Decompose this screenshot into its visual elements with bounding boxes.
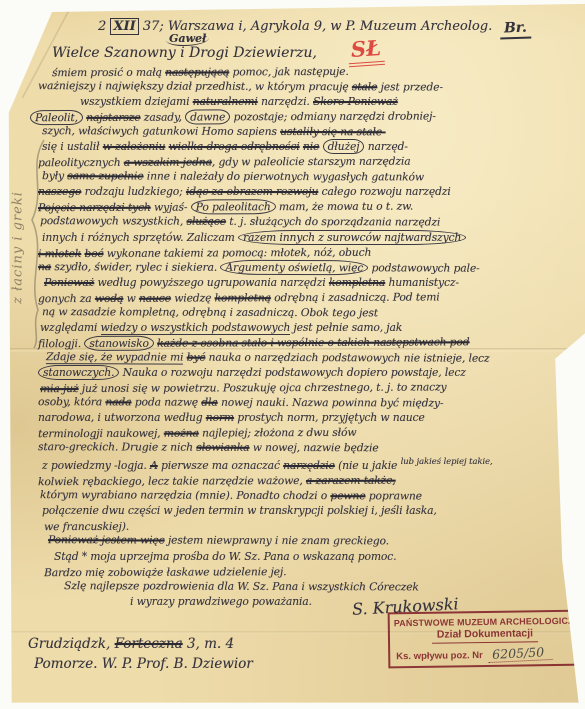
date-prefix: 2 <box>98 19 110 34</box>
stamp-register-number: 6205/50 <box>487 644 552 663</box>
handwritten-text: narzędzi. <box>258 95 313 108</box>
struck-text: kompletna <box>329 276 385 289</box>
handwritten-text: Szlę najlepsze pozdrowienia dla W. Sz. P… <box>64 579 419 593</box>
handwritten-text: osoby, która <box>38 395 105 408</box>
date-roman-numeral: XII <box>110 18 138 35</box>
handwritten-text: Nauka o rozwoju narzędzi podstawowych do… <box>119 366 465 379</box>
handwriting-line: staro-greckich. Drugie z nich słowianka … <box>38 439 570 456</box>
circled-text: Argumenty oświetlą, więc <box>220 259 368 275</box>
struck-text: naszego <box>38 185 81 198</box>
handwritten-text: jest przede- <box>377 80 443 93</box>
struck-text: same zupełnie <box>67 169 143 182</box>
handwritten-text: Stąd * moja uprzejma prośba do W. Sz. Pa… <box>54 550 396 563</box>
handwriting-line: Szlę najlepsze pozdrowienia dla W. Sz. P… <box>64 578 570 595</box>
circled-text: Po paleolitach <box>191 200 276 215</box>
handwriting-line: narodowa, i utworzona według norm prosty… <box>38 410 570 425</box>
circled-text: dawne <box>185 109 230 124</box>
address-line-1: Grudziądzk, Forteczna 3, m. 4 <box>28 636 234 652</box>
handwritten-text: w nowej, nazwie będzie <box>249 441 378 454</box>
handwriting-line: się i ustalił w założeniu wielka droga o… <box>42 139 570 154</box>
salutation: Wielce Szanowny i Drogi Dziewierzu, <box>52 45 317 61</box>
struck-text: każde z osobna stało i wspólnie o takich… <box>157 335 469 349</box>
letter-paper: 2 XII 37; Warszawa i, Agrykola 9, w P. M… <box>0 0 585 709</box>
handwriting-line: naszego rodzaju ludzkiego; idąc za obraz… <box>38 184 570 199</box>
handwritten-text: filologji. <box>38 337 84 350</box>
museum-stamp: PAŃSTWOWE MUZEUM ARCHEOLOGICZNE Dział Do… <box>388 610 583 669</box>
handwritten-text: według powyższego ugrupowania narzędzi <box>94 276 329 289</box>
struck-text: następującą <box>165 65 229 78</box>
circled-text: razem innych z surowców najtwardszych <box>238 230 466 245</box>
handwritten-text: poprawne <box>365 490 421 503</box>
handwritten-text: podstawowych pale- <box>368 261 479 274</box>
handwriting-line: były same zupełnie inne i należały do pi… <box>42 168 570 185</box>
handwritten-text: prostych norm, przyjętych w nauce <box>234 411 425 424</box>
handwritten-text: staro-greckich. Drugie z nich <box>38 440 196 454</box>
struck-text: A <box>150 459 158 472</box>
handwritten-text: narzęd- <box>364 140 407 153</box>
struck-text: nie <box>303 140 319 153</box>
handwritten-text: względami <box>40 321 101 334</box>
handwritten-text: nowej nauki. Nazwa powinna być między- <box>218 396 444 410</box>
struck-text: w założeniu <box>103 140 166 153</box>
handwritten-text: śmiem prosić o małą <box>52 66 165 79</box>
handwritten-text: najlepiej; złożona z dwu słów <box>199 426 357 440</box>
handwriting-line: szych, właściwych gatunkowi Homo sapiens… <box>42 123 570 140</box>
struck-text: nada <box>105 395 131 408</box>
handwritten-text: pozostaje; odmiany narzędzi drobniej- <box>230 110 436 124</box>
struck-text: służące <box>186 215 225 228</box>
handwriting-line: Ponieważ według powyższego ugrupowania n… <box>44 275 570 290</box>
handwriting-line: osoby, która nada poda nazwę dla nowej n… <box>38 394 570 411</box>
handwritten-text: Bardzo mię zobowiąże łaskawe udzielenie … <box>44 565 286 579</box>
handwritten-text: wyjaś- <box>151 201 191 214</box>
handwriting-line: gonych za wodą w nauce wiedzę kompletną … <box>38 289 570 306</box>
struck-text: Ponieważ <box>44 276 94 289</box>
struck-text: Ponieważ jestem więc <box>48 534 165 547</box>
handwritten-text: t. j. służących do sporządzania narzędzi <box>226 215 440 229</box>
handwritten-text: już unosi się w powietrzu. Poszukuję ojc… <box>78 380 446 395</box>
handwritten-text: w <box>123 291 139 304</box>
struck-text: wielka droga odrębności <box>169 140 300 153</box>
handwritten-text: były <box>42 169 67 182</box>
address-street-struck: Forteczna <box>115 636 183 652</box>
handwritten-text: wszystkiem dziejami <box>80 95 193 108</box>
handwritten-text: zasady, <box>140 111 185 124</box>
struck-text: i młotek <box>38 247 81 260</box>
corner-initials: Br. <box>500 19 531 39</box>
handwriting-line: stanowczych. Nauka o rozwoju narzędzi po… <box>38 365 570 380</box>
handwriting-line: Stąd * moja uprzejma prośba do W. Sz. Pa… <box>54 549 570 564</box>
address-city: Grudziądzk, <box>28 636 115 652</box>
handwritten-text: się i ustalił <box>42 140 103 153</box>
handwritten-text: innych i różnych sprzętów. Zaliczam <box>42 231 238 244</box>
red-pencil-annotation: SŁ <box>347 35 385 67</box>
handwriting-line: połączenie dwu części w jeden termin w t… <box>42 503 570 518</box>
handwritten-text: połączenie dwu części w jeden termin w t… <box>42 504 437 517</box>
handwriting-line: ną w zasadzie kompletną, odrębną i zasad… <box>42 304 570 321</box>
handwriting-line: podstawowych wszystkich, służące t. j. s… <box>40 214 570 231</box>
handwritten-text: wiedzę <box>171 291 215 304</box>
handwritten-text: ną w zasadzie kompletną, odrębną i zasad… <box>42 305 378 319</box>
struck-text: nauce <box>139 291 171 304</box>
struck-text: kompletną <box>215 291 271 304</box>
stamp-department: Dział Dokumentacji <box>394 627 576 642</box>
struck-text: słowianka <box>196 441 249 454</box>
handwriting-line: względami wiedzy o wszystkich podstawowy… <box>40 320 570 335</box>
handwriting-line: Ponieważ jestem więc jestem niewprawny i… <box>48 533 570 550</box>
handwritten-text: pomoc, jak następuje. <box>229 65 349 79</box>
circled-text: dłużej <box>323 139 365 154</box>
handwritten-text: podstawowych wszystkich, <box>40 215 186 229</box>
handwritten-text: ważniejszy i największy dział przedhist.… <box>38 79 352 93</box>
struck-text: a zarazem także, <box>306 474 396 487</box>
handwritten-text: poda nazwę <box>131 395 201 408</box>
struck-text: wodą <box>95 291 123 304</box>
address-line-2: Pomorze. W. P. Prof. B. Dziewior <box>34 656 253 672</box>
inserted-word: Gaweł <box>166 32 209 46</box>
handwritten-text: (nie u jakie <box>335 459 401 472</box>
handwritten-text: nauka o narzędziach podstawowych nie ist… <box>205 351 489 365</box>
struck-text: być <box>187 350 206 363</box>
handwritten-text: całego rozwoju narzędzi <box>318 185 450 198</box>
handwritten-text: jestem niewprawny i nie znam greckiego. <box>165 534 390 548</box>
handwriting-line: ważniejszy i największy dział przedhist.… <box>38 78 570 95</box>
handwriting-line: Bardzo mię zobowiąże łaskawe udzielenie … <box>44 562 570 579</box>
handwriting-line: i młotek boć wykonane takiemi za pomocą:… <box>38 243 570 260</box>
handwriting-line: na szydło, świder, rylec i siekiera. Arg… <box>38 259 570 276</box>
stamp-divider <box>432 641 538 643</box>
handwritten-text: humanistycz- <box>385 276 459 289</box>
handwritten-text: szych, właściwych gatunkowi Homo sapiens <box>42 124 280 138</box>
struck-text: norm <box>206 411 234 424</box>
scan-background: 2 XII 37; Warszawa i, Agrykola 9, w P. M… <box>0 0 585 709</box>
handwriting-line: innych i różnych sprzętów. Zaliczam raze… <box>42 230 570 245</box>
handwritten-text: pierwsze ma oznaczać <box>158 459 283 472</box>
handwritten-text: lub jakieś lepiej takie, <box>401 457 493 467</box>
struck-text: można <box>164 427 199 440</box>
struck-text: boć <box>84 246 103 259</box>
struck-text: a wszakim jedna <box>124 156 212 169</box>
handwritten-text: jest pełnie samo, jak <box>290 321 402 334</box>
handwriting-line: którym wyrabiano narzędzia (mnie). Ponad… <box>40 487 570 504</box>
struck-text: ustaliły się na stałe- <box>280 125 385 138</box>
struck-text: idąc za obrazem rozwoju <box>186 185 318 198</box>
handwritten-text: , gdy w paleolicie starszym narzędzia <box>212 155 411 169</box>
handwritten-text: wykonane takiemi za pomocą: młotek, nóż,… <box>103 245 371 259</box>
handwritten-text: odrębną i zasadniczą. Pod temi <box>271 290 440 304</box>
circled-text: stanowczych. <box>38 365 119 380</box>
handwritten-text: i wyrazy prawdziwego poważania. <box>130 595 312 608</box>
handwritten-text: którym wyrabiano narzędzia (mnie). Ponad… <box>40 488 330 502</box>
address-number: 3, m. 4 <box>183 636 234 652</box>
handwritten-text: szydło, świder, rylec i siekiera. <box>51 260 220 274</box>
struck-text: pewne <box>330 489 365 502</box>
struck-text: narzędzie <box>283 459 335 472</box>
handwritten-text: inne i należały do pierwotnych wygasłych… <box>143 170 423 184</box>
struck-text: stale <box>352 80 377 93</box>
handwritten-text: narodowa, i utworzona według <box>38 411 206 424</box>
struck-text: naturalnemi <box>193 95 258 108</box>
struck-text: na <box>38 260 51 273</box>
handwritten-text: wiedzy o wszystkich podstawowych <box>101 321 291 335</box>
date-line: 2 XII 37; Warszawa i, Agrykola 9, w P. M… <box>98 19 492 34</box>
handwriting-line: z powiedzmy -logja. A pierwsze ma oznacz… <box>42 455 570 473</box>
handwriting-line: wszystkiem dziejami naturalnemi narzędzi… <box>80 94 570 109</box>
handwriting-line: Zdaje się, że wypadnie mi być nauka o na… <box>46 349 570 366</box>
handwritten-text: Zdaje się, że wypadnie mi <box>46 350 183 364</box>
struck-text: dla <box>201 396 217 409</box>
handwritten-text: mam, że mowa tu o t. zw. <box>276 200 414 214</box>
handwritten-text: gonych za <box>38 292 95 305</box>
body-lines: śmiem prosić o małą następującą pomoc, j… <box>38 64 570 609</box>
handwriting-line: i wyrazy prawdziwego poważania. <box>130 594 570 609</box>
struck-text: Skoro Ponieważ <box>313 95 398 108</box>
stamp-register-label: Ks. wpływu poz. Nr <box>396 650 483 662</box>
struck-text: najstarsze <box>86 111 140 124</box>
handwritten-text: z powiedzmy -logja. <box>42 459 150 472</box>
handwritten-text: rodzaju ludzkiego; <box>81 185 186 198</box>
